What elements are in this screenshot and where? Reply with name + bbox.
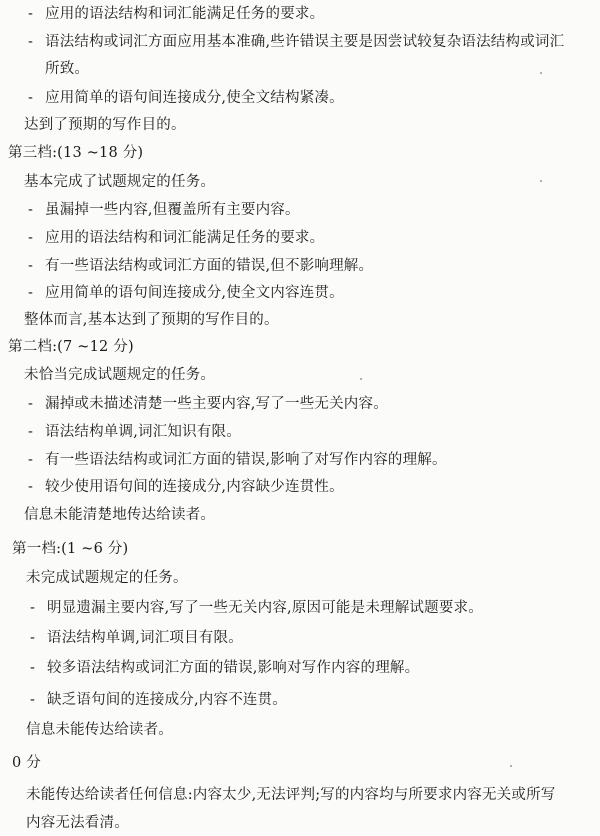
- grade-3-heading: 第三档:(13 ~18 分): [8, 144, 143, 162]
- grade-2-bullet-4: -较少使用语句间的连接成分,内容缺少连贯性。: [28, 478, 344, 496]
- grade-2-summary: 信息未能清楚地传达给读者。: [24, 506, 215, 524]
- bullet-dash: -: [28, 395, 45, 413]
- grade-1-bullet-3: -较多语法结构或词汇方面的错误,影响对写作内容的理解。: [30, 659, 419, 677]
- grade-0-heading: 0 分: [12, 754, 41, 772]
- grade-2-bullet-3: -有一些语法结构或词汇方面的错误,影响了对写作内容的理解。: [28, 451, 447, 469]
- grade-3-bullet-2: -应用的语法结构和词汇能满足任务的要求。: [28, 229, 324, 247]
- grade-1-intro: 未完成试题规定的任务。: [26, 569, 188, 587]
- bullet-dash: -: [28, 229, 45, 247]
- grade-3-intro: 基本完成了试题规定的任务。: [24, 173, 215, 191]
- top-bullet-2: -语法结构或词汇方面应用基本准确,些许错误主要是因尝试较复杂语法结构或词汇: [28, 33, 564, 51]
- bullet-dash: -: [28, 5, 45, 23]
- top-summary: 达到了预期的写作目的。: [24, 116, 186, 134]
- scan-speck: [540, 72, 542, 74]
- grade-3-bullet-1: -虽漏掉一些内容,但覆盖所有主要内容。: [28, 201, 300, 219]
- grade-0-description-line-1: 未能传达给读者任何信息:内容太少,无法评判;写的内容均与所要求内容无关或所写: [26, 786, 555, 804]
- bullet-dash: -: [28, 478, 45, 496]
- grade-1-summary: 信息未能传达给读者。: [26, 721, 173, 739]
- bullet-dash: -: [30, 691, 47, 709]
- scan-speck: [510, 765, 512, 767]
- top-bullet-1: -应用的语法结构和词汇能满足任务的要求。: [28, 5, 324, 23]
- bullet-dash: -: [28, 33, 45, 51]
- grade-1-bullet-4: -缺乏语句间的连接成分,内容不连贯。: [30, 691, 287, 709]
- grade-1-bullet-2: -语法结构单调,词汇项目有限。: [30, 629, 243, 647]
- bullet-dash: -: [28, 284, 45, 302]
- bullet-dash: -: [30, 629, 47, 647]
- grade-1-bullet-1: -明显遗漏主要内容,写了一些无关内容,原因可能是未理解试题要求。: [30, 599, 483, 617]
- bullet-dash: -: [30, 599, 47, 617]
- grade-2-bullet-2: -语法结构单调,词汇知识有限。: [28, 423, 241, 441]
- grade-2-intro: 未恰当完成试题规定的任务。: [24, 366, 215, 384]
- scan-speck: [540, 180, 542, 182]
- grade-2-bullet-1: -漏掉或未描述清楚一些主要内容,写了一些无关内容。: [28, 395, 388, 413]
- bullet-dash: -: [28, 423, 45, 441]
- scan-speck: [360, 378, 362, 380]
- grade-2-heading: 第二档:(7 ~12 分): [8, 338, 134, 356]
- grade-3-bullet-4: -应用简单的语句间连接成分,使全文内容连贯。: [28, 284, 344, 302]
- bullet-dash: -: [28, 89, 45, 107]
- bullet-dash: -: [28, 451, 45, 469]
- bullet-dash: -: [30, 659, 47, 677]
- grade-3-summary: 整体而言,基本达到了预期的写作目的。: [24, 311, 279, 329]
- grade-1-heading: 第一档:(1 ~6 分): [12, 540, 128, 558]
- top-bullet-3: -应用简单的语句间连接成分,使全文结构紧凑。: [28, 89, 344, 107]
- bullet-dash: -: [28, 201, 45, 219]
- grade-3-bullet-3: -有一些语法结构或词汇方面的错误,但不影响理解。: [28, 257, 373, 275]
- top-bullet-2-continuation: 所致。: [45, 60, 89, 78]
- bullet-dash: -: [28, 257, 45, 275]
- grade-0-description-line-2: 内容无法看清。: [26, 814, 129, 832]
